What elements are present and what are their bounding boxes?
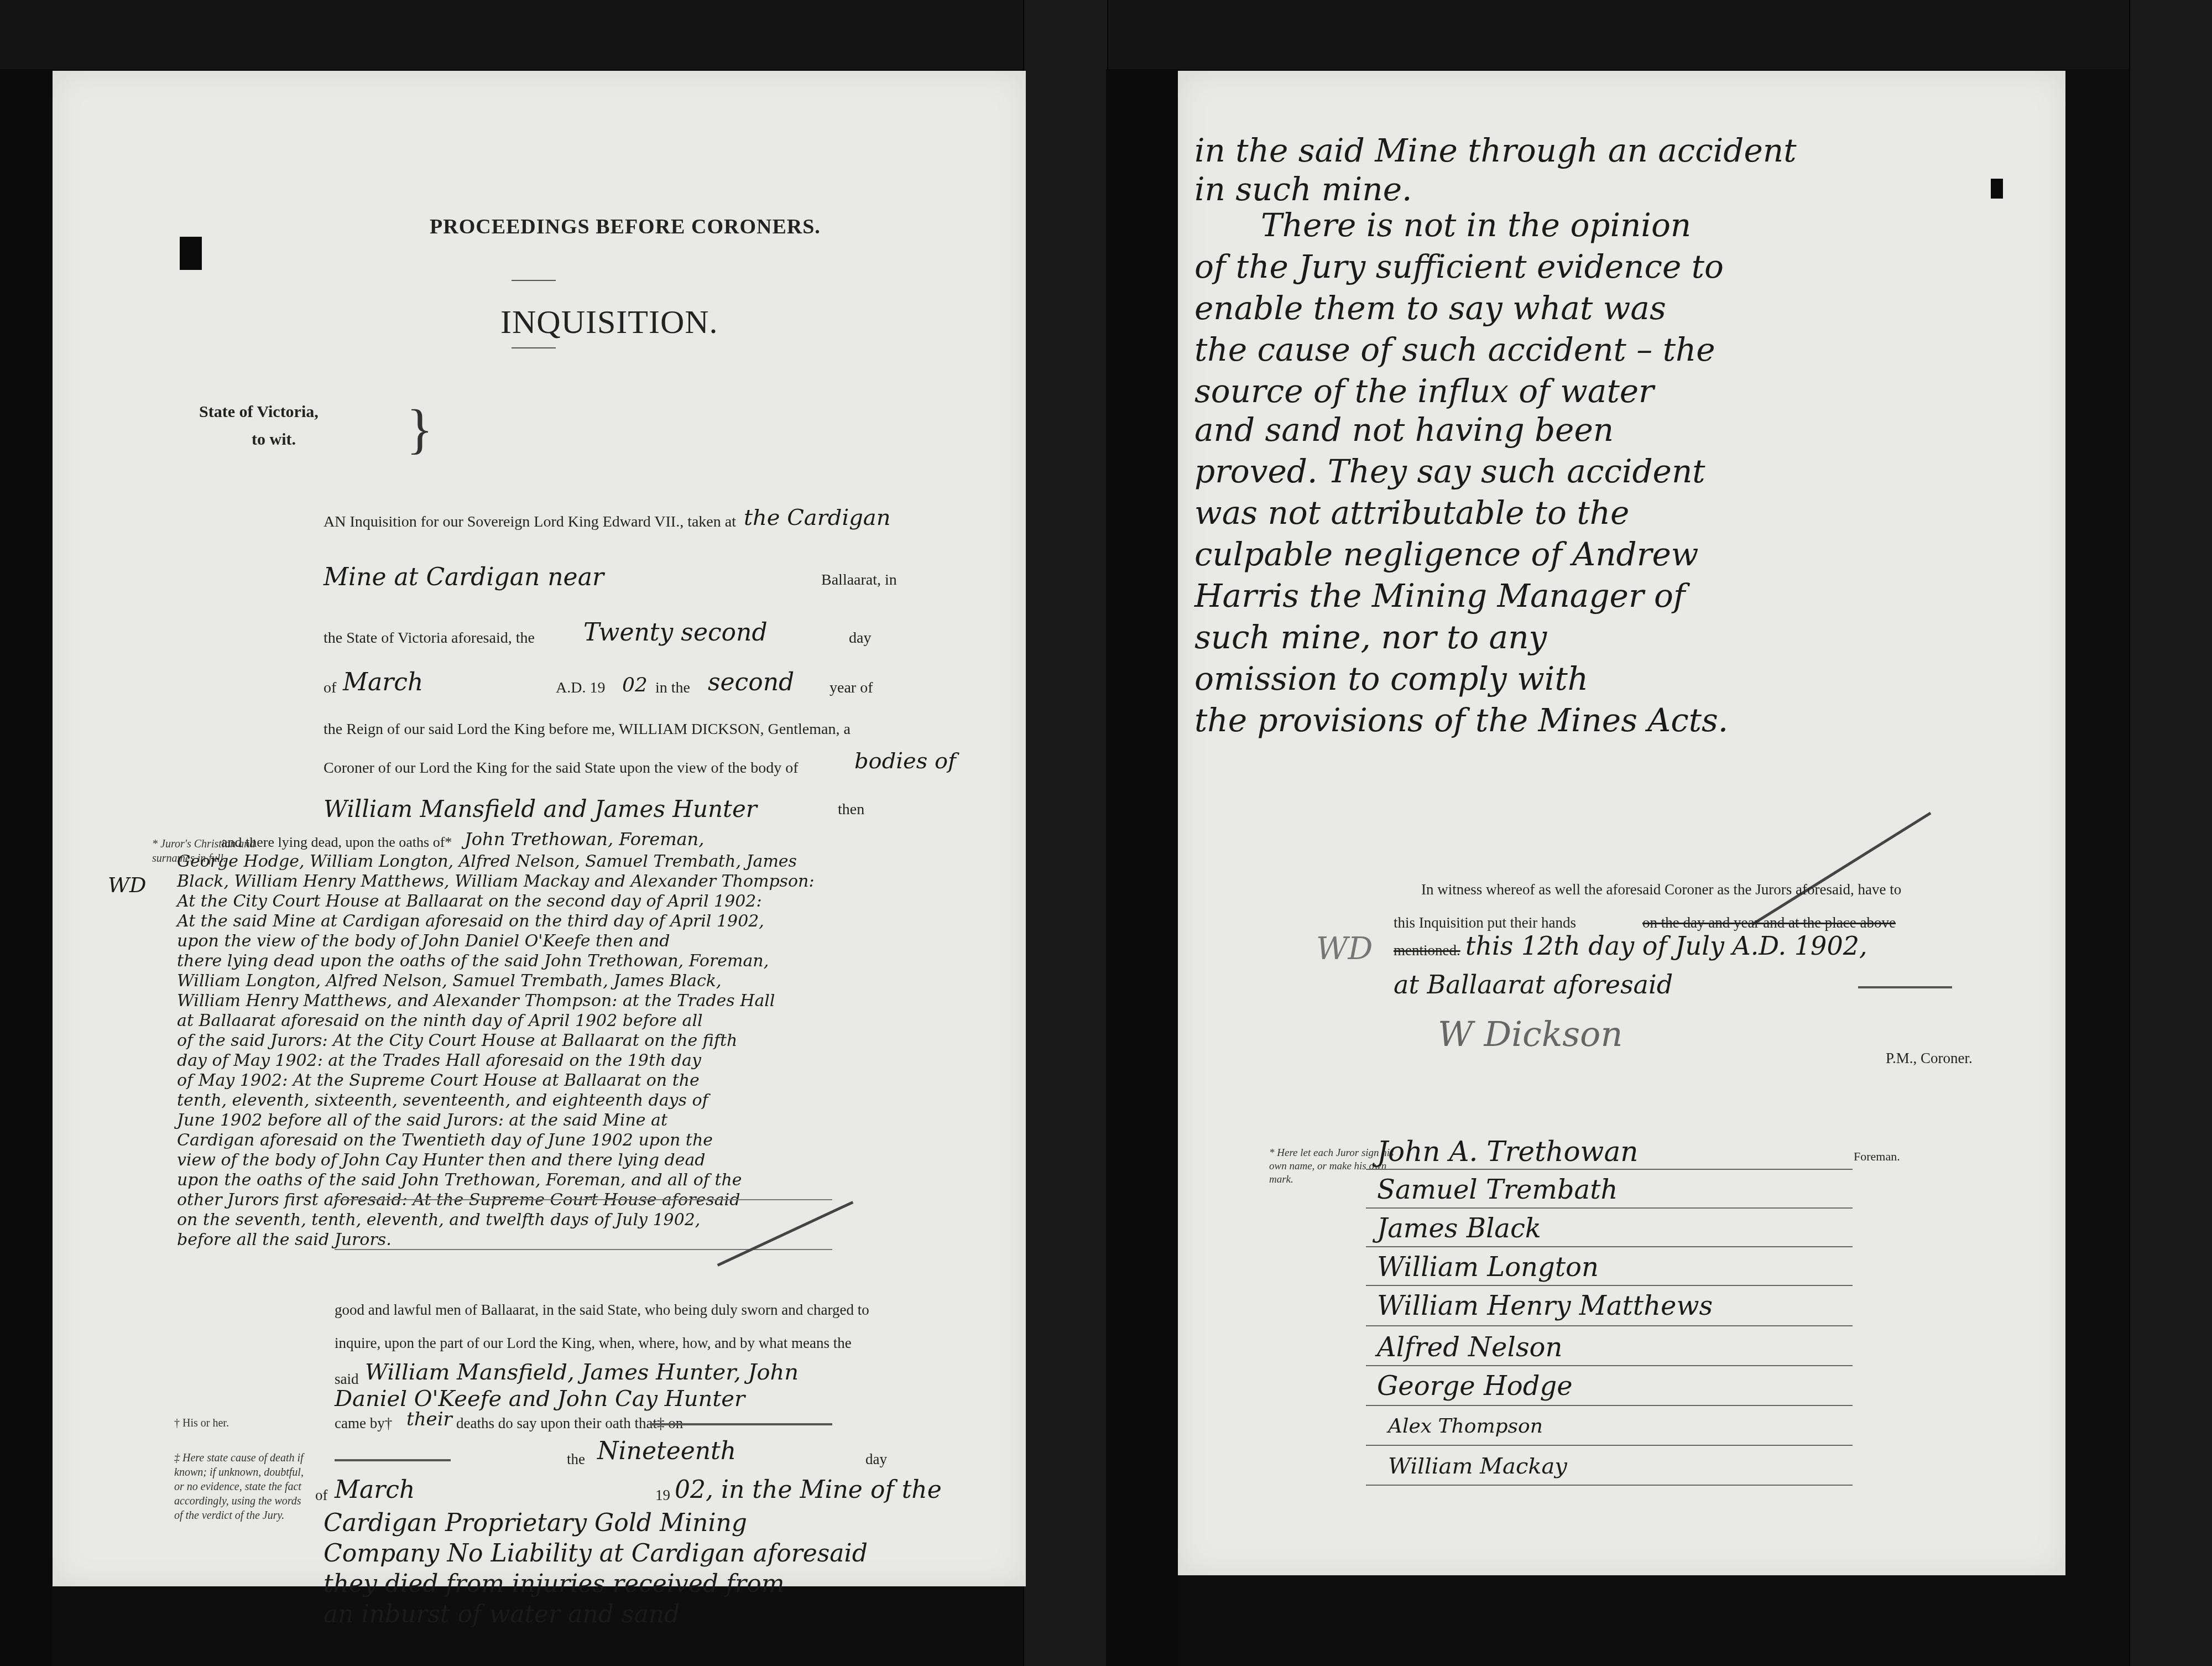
handwritten-day: Twenty second (583, 618, 768, 647)
closing-stroke (717, 1201, 854, 1267)
book-spine-gutter (1023, 0, 1108, 1666)
margin-initials: WD (1316, 931, 1373, 967)
signature-line (1366, 1169, 1853, 1170)
dash (1858, 986, 1952, 988)
blank-line (335, 1249, 832, 1250)
brace: } (406, 397, 433, 461)
coroner-title: P.M., Coroner. (1886, 1050, 1973, 1067)
coroner-signature: W Dickson (1438, 1014, 1623, 1054)
handwritten-month: March (343, 668, 423, 696)
handwritten-regnal-year: second (708, 668, 794, 696)
paper-hole (180, 237, 202, 270)
book-cover-left-edge (0, 69, 53, 1666)
signature-line (1366, 1285, 1853, 1286)
closing-stroke (1752, 812, 1932, 926)
dash (650, 1423, 832, 1425)
form-header: PROCEEDINGS BEFORE CORONERS. (430, 215, 821, 239)
juror-signature: William Henry Matthews (1377, 1290, 1713, 1321)
juror-signature: William Mackay (1388, 1454, 1567, 1479)
signature-line (1366, 1246, 1853, 1247)
book-cover-inner (1106, 69, 1178, 1666)
signature-line (1366, 1445, 1853, 1446)
foreman-label: Foreman. (1854, 1149, 1900, 1164)
handwritten-date: this 12th day of July A.D. 1902, (1465, 931, 1867, 961)
inquisition-page-right: in the said Mine through an accident in … (1178, 71, 2065, 1575)
venue-state: State of Victoria, (199, 403, 319, 421)
juror-signature: Alex Thompson (1388, 1415, 1543, 1438)
juror-signature: George Hodge (1377, 1371, 1573, 1402)
signature-line (1366, 1325, 1853, 1326)
juror-signature: William Longton (1377, 1252, 1599, 1283)
inquisition-page-left: PROCEEDINGS BEFORE CORONERS. INQUISITION… (53, 71, 1026, 1586)
dash (335, 1459, 451, 1461)
juror-signature: James Black (1377, 1213, 1541, 1244)
juror-signature: John A. Trethowan (1377, 1136, 1638, 1168)
juror-signature: Samuel Trembath (1377, 1174, 1618, 1205)
handwritten-place: the Cardigan (744, 505, 890, 530)
handwritten-place: at Ballaarat aforesaid (1394, 970, 1673, 999)
juror-signature: Alfred Nelson (1377, 1332, 1562, 1363)
signature-line (1366, 1207, 1853, 1209)
footnote-cause-of-death: ‡ Here state cause of death if known; if… (174, 1451, 312, 1523)
form-title: INQUISITION. (500, 303, 718, 341)
signature-line (1366, 1405, 1853, 1406)
paper-hole (1991, 179, 2003, 199)
divider (512, 280, 556, 281)
venue-to-wit: to wit. (252, 430, 296, 449)
footnote-his-or-her: † His or her. (174, 1416, 285, 1430)
blank-line (335, 1199, 832, 1200)
margin-initials: WD (108, 873, 147, 897)
struck-text: on the day and year and at the place abo… (1642, 914, 1896, 931)
signature-line (1366, 1485, 1853, 1486)
handwritten-place: Mine at Cardigan near (324, 563, 604, 591)
handwritten-deceased-names: William Mansfield and James Hunter (324, 795, 757, 822)
witness-clause: In witness whereof as well the aforesaid… (1421, 881, 1901, 898)
struck-text: mentioned. (1394, 942, 1460, 959)
signature-line (1366, 1365, 1853, 1366)
divider (512, 347, 556, 348)
book-spine-right (2129, 0, 2212, 1666)
